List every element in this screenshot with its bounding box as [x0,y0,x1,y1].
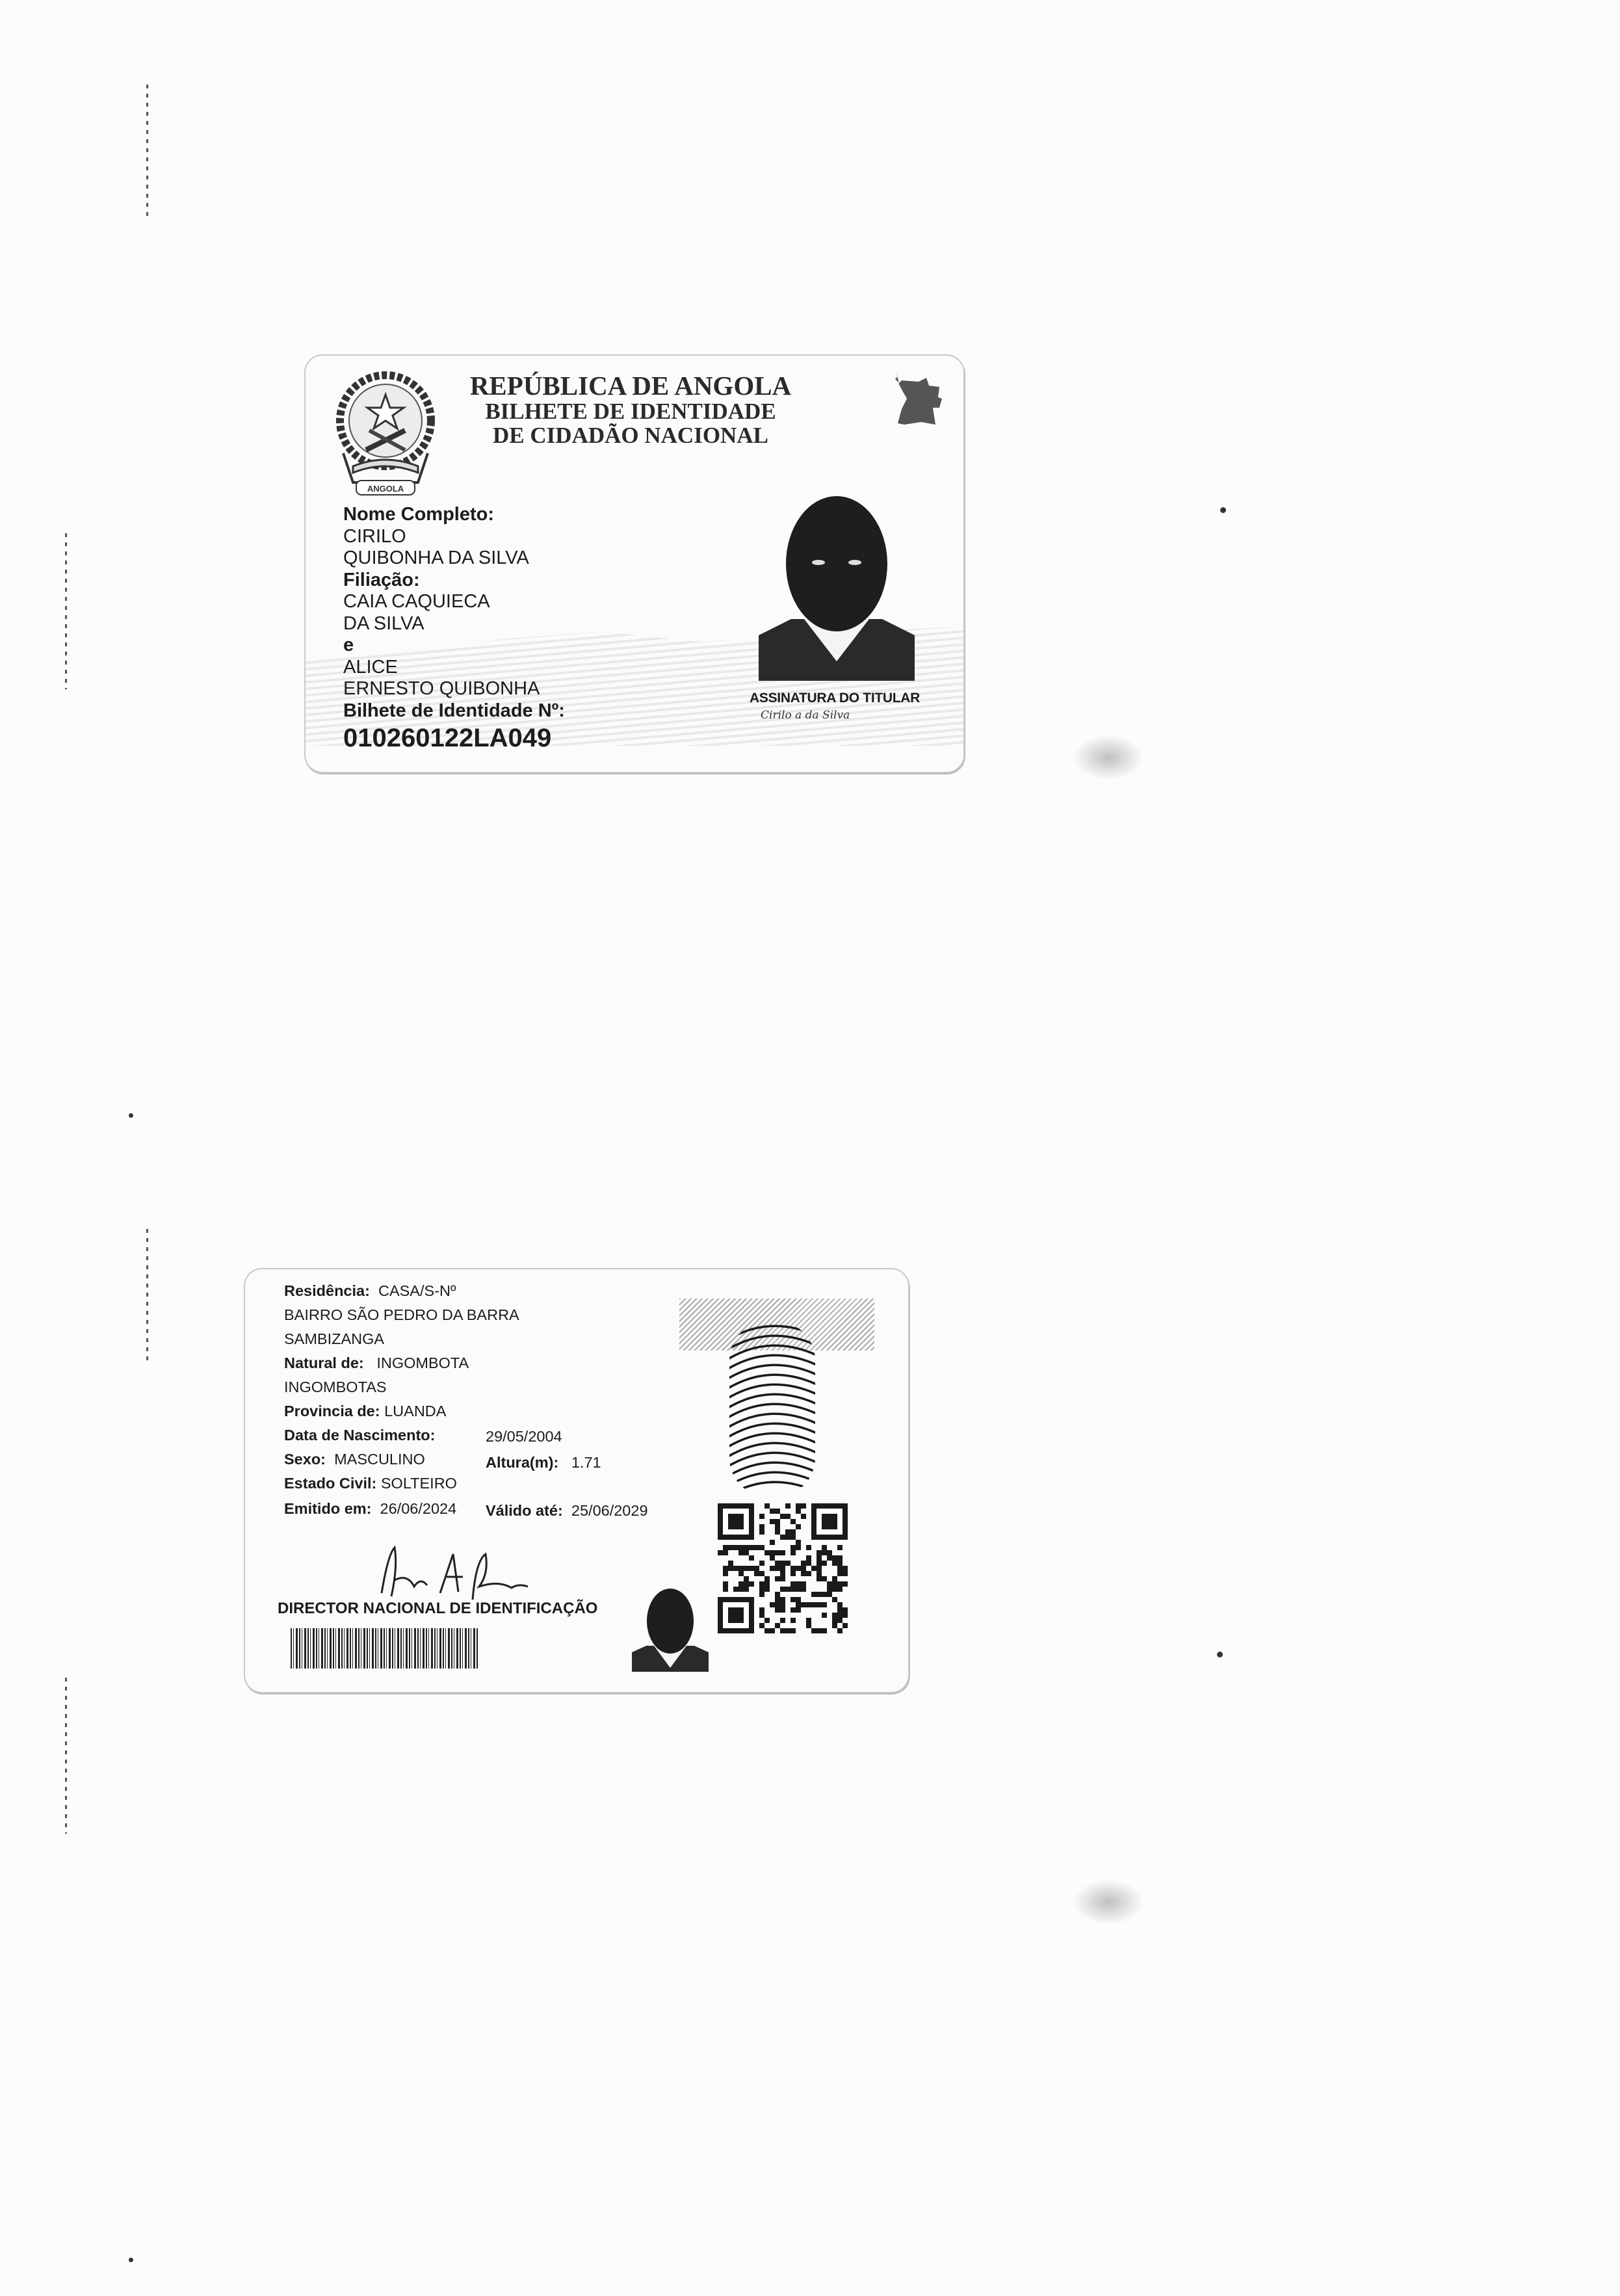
id-number: 010260122LA049 [343,723,565,753]
full-name-line2: QUIBONHA DA SILVA [343,548,565,570]
holder-signature-label: ASSINATURA DO TITULAR [750,691,920,706]
scan-artifact [65,1678,67,1834]
birthplace-label: Natural de: [284,1354,364,1371]
birthdate-value: 29/05/2004 [486,1428,562,1445]
personal-fields: Nome Completo: CIRILO QUIBONHA DA SILVA … [343,504,565,753]
height-row: Altura(m): 1.71 [486,1454,601,1471]
civil-status-label: Estado Civil: [284,1475,376,1492]
residence-line3: SAMBIZANGA [284,1330,384,1348]
valid-value: 25/06/2029 [571,1502,648,1519]
birthdate-row: Data de Nascimento: [284,1427,435,1444]
full-name-label: Nome Completo: [343,504,565,526]
valid-label: Válido até: [486,1502,563,1519]
residence-label: Residência: [284,1282,370,1299]
residence-line1: CASA/S-Nº [378,1282,456,1299]
civil-status-value: SOLTEIRO [381,1475,457,1492]
id-number-label: Bilhete de Identidade Nº: [343,700,565,722]
id-card-back: Residência: CASA/S-Nº BAIRRO SÃO PEDRO D… [244,1268,909,1693]
full-name-line1: CIRILO [343,526,565,548]
holder-photo [759,486,915,681]
holder-photo-small [632,1585,709,1672]
barcode-icon [291,1628,479,1669]
holder-signature: Cirilo a da Silva [761,709,850,722]
director-title: DIRECTOR NACIONAL DE IDENTIFICAÇÃO [278,1600,597,1618]
fingerprint-icon [729,1321,815,1497]
scan-artifact [146,1229,148,1366]
valid-row: Válido até: 25/06/2029 [486,1502,648,1520]
father-line2: DA SILVA [343,613,565,635]
mother-line2: ERNESTO QUIBONHA [343,678,565,700]
svg-text:ANGOLA: ANGOLA [367,484,404,494]
scan-artifact [129,1113,133,1118]
issued-value: 26/06/2024 [380,1500,457,1517]
height-value: 1.71 [571,1454,601,1471]
province-row: Provincia de: LUANDA [284,1403,446,1420]
issued-label: Emitido em: [284,1500,371,1517]
angola-coat-of-arms-icon: ANGOLA [330,369,441,499]
scan-artifact [146,85,148,221]
sex-row: Sexo: MASCULINO [284,1451,425,1468]
birthdate-label: Data de Nascimento: [284,1427,435,1444]
scan-artifact [1217,1652,1223,1657]
residence-row: Residência: CASA/S-Nº [284,1282,456,1300]
director-signature [375,1541,538,1606]
parentage-label: Filiação: [343,570,565,592]
birthplace-line1: INGOMBOTA [376,1354,469,1371]
issued-row: Emitido em: 26/06/2024 [284,1500,456,1518]
birthplace-line2: INGOMBOTAS [284,1379,387,1396]
province-value: LUANDA [384,1403,446,1419]
birthplace-row: Natural de: INGOMBOTA [284,1354,469,1372]
scan-artifact [129,2258,133,2262]
qr-code-icon [718,1503,848,1633]
angola-map-icon [893,370,943,427]
sex-value: MASCULINO [334,1451,425,1468]
residence-line2: BAIRRO SÃO PEDRO DA BARRA [284,1306,519,1324]
height-label: Altura(m): [486,1454,558,1471]
scan-artifact [1073,735,1144,780]
scan-artifact [1073,1879,1144,1925]
father-line1: CAIA CAQUIECA [343,591,565,613]
scan-artifact [65,533,67,689]
mother-line1: ALICE [343,657,565,679]
country-title: REPÚBLICA DE ANGOLA [449,372,813,400]
document-title-line2: DE CIDADÃO NACIONAL [449,424,813,448]
parentage-conjunction: e [343,635,565,657]
document-title-line1: BILHETE DE IDENTIDADE [449,400,813,424]
civil-status-row: Estado Civil: SOLTEIRO [284,1475,457,1492]
scan-artifact [1220,507,1226,513]
card-header: REPÚBLICA DE ANGOLA BILHETE DE IDENTIDAD… [449,372,813,448]
id-card-front: ANGOLA REPÚBLICA DE ANGOLA BILHETE DE ID… [304,354,965,773]
province-label: Provincia de: [284,1403,380,1419]
sex-label: Sexo: [284,1451,326,1468]
